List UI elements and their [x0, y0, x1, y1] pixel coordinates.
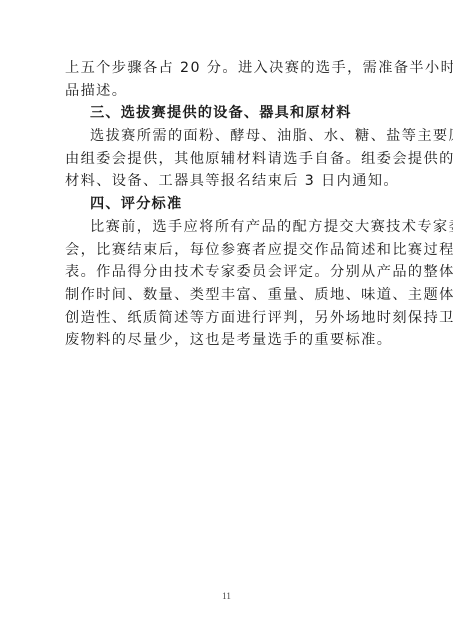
document-page: 上五个步骤各占 20 分。进入决赛的选手，需准备半小时的产 品描述。 三、选拔赛…	[0, 0, 453, 640]
section-heading: 三、选拔赛提供的设备、器具和原材料	[65, 102, 389, 125]
text-line: 制作时间、数量、类型丰富、重量、质地、味道、主题体现、	[65, 284, 389, 307]
paragraph-scoring-steps-continued: 上五个步骤各占 20 分。进入决赛的选手，需准备半小时的产 品描述。	[65, 57, 389, 102]
section-heading-equipment: 三、选拔赛提供的设备、器具和原材料	[65, 102, 389, 125]
paragraph-scoring-criteria: 比赛前，选手应将所有产品的配方提交大赛技术专家委员 会，比赛结束后，每位参赛者应…	[65, 216, 389, 352]
text-line: 上五个步骤各占 20 分。进入决赛的选手，需准备半小时的产	[65, 57, 389, 80]
text-line: 创造性、纸质简述等方面进行评判，另外场地时刻保持卫生、	[65, 307, 389, 330]
section-heading: 四、评分标准	[65, 193, 389, 216]
text-line: 品描述。	[65, 80, 389, 103]
paragraph-materials: 选拔赛所需的面粉、酵母、油脂、水、糖、盐等主要原料 由组委会提供，其他原辅材料请…	[65, 125, 389, 193]
text-line: 由组委会提供，其他原辅材料请选手自备。组委会提供的原辅	[65, 148, 389, 171]
text-line: 材料、设备、工器具等报名结束后 3 日内通知。	[65, 170, 389, 193]
text-line: 会，比赛结束后，每位参赛者应提交作品简述和比赛过程记录	[65, 239, 389, 262]
text-line: 选拔赛所需的面粉、酵母、油脂、水、糖、盐等主要原料	[65, 125, 389, 148]
document-body: 上五个步骤各占 20 分。进入决赛的选手，需准备半小时的产 品描述。 三、选拔赛…	[65, 57, 389, 352]
text-line: 废物料的尽量少，这也是考量选手的重要标准。	[65, 329, 389, 352]
text-line: 表。作品得分由技术专家委员会评定。分别从产品的整体效果、	[65, 261, 389, 284]
section-heading-scoring: 四、评分标准	[65, 193, 389, 216]
page-number: 11	[0, 591, 453, 601]
text-line: 比赛前，选手应将所有产品的配方提交大赛技术专家委员	[65, 216, 389, 239]
